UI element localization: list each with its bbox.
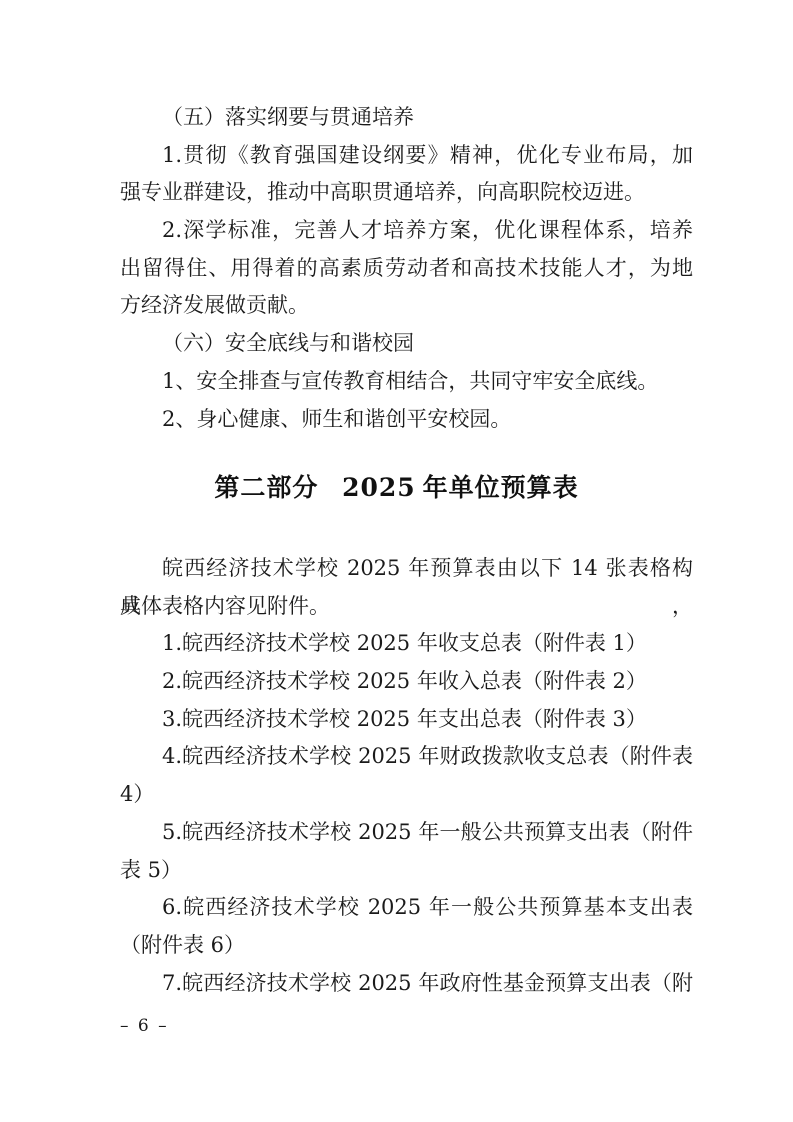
table-list-item: 5.皖西经济技术学校 2025 年一般公共预算支出表（附件 [120,814,693,852]
table-list-item: 6.皖西经济技术学校 2025 年一般公共预算基本支出表 [120,889,693,927]
paragraph-line: 出留得住、用得着的高素质劳动者和高技术技能人才，为地 [120,250,693,288]
paragraph-line: 方经济发展做贡献。 [120,287,693,325]
subheading-five: （五）落实纲要与贯通培养 [120,99,693,137]
paragraph-line: 2、身心健康、师生和谐创平安校园。 [120,401,693,439]
table-list-item-continuation: 4） [120,776,693,814]
heading-rest: 年单位预算表 [423,473,579,502]
heading-year: 2025 [342,473,416,502]
table-list-item-continuation: 表 5） [120,852,693,890]
document-page: （五）落实纲要与贯通培养 1.贯彻《教育强国建设纲要》精神，优化专业布局，加 强… [0,0,793,1122]
table-list-item-continuation: （附件表 6） [120,927,693,965]
paragraph-line: 1.贯彻《教育强国建设纲要》精神，优化专业布局，加 [120,137,693,175]
table-list-item: 3.皖西经济技术学校 2025 年支出总表（附件表 3） [120,701,693,739]
paragraph-line: 皖西经济技术学校 2025 年预算表由以下 14 张表格构成， [120,550,693,588]
page-number: – 6 – [120,1013,169,1039]
table-list-item: 1.皖西经济技术学校 2025 年收支总表（附件表 1） [120,625,693,663]
heading-part-label: 第二部分 [214,473,318,502]
table-list-item: 2.皖西经济技术学校 2025 年收入总表（附件表 2） [120,663,693,701]
table-list-item: 7.皖西经济技术学校 2025 年政府性基金预算支出表（附 [120,965,693,1003]
section-heading: 第二部分2025年单位预算表 [0,469,793,507]
section-budget-tables: 皖西经济技术学校 2025 年预算表由以下 14 张表格构成， 具体表格内容见附… [120,550,693,1002]
paragraph-line: 强专业群建设，推动中高职贯通培养，向高职院校迈进。 [120,174,693,212]
section-work-plan: （五）落实纲要与贯通培养 1.贯彻《教育强国建设纲要》精神，优化专业布局，加 强… [120,99,693,438]
table-list-item: 4.皖西经济技术学校 2025 年财政拨款收支总表（附件表 [120,738,693,776]
subheading-six: （六）安全底线与和谐校园 [120,325,693,363]
paragraph-line: 2.深学标准，完善人才培养方案，优化课程体系，培养 [120,212,693,250]
paragraph-line: 1、安全排查与宣传教育相结合，共同守牢安全底线。 [120,363,693,401]
